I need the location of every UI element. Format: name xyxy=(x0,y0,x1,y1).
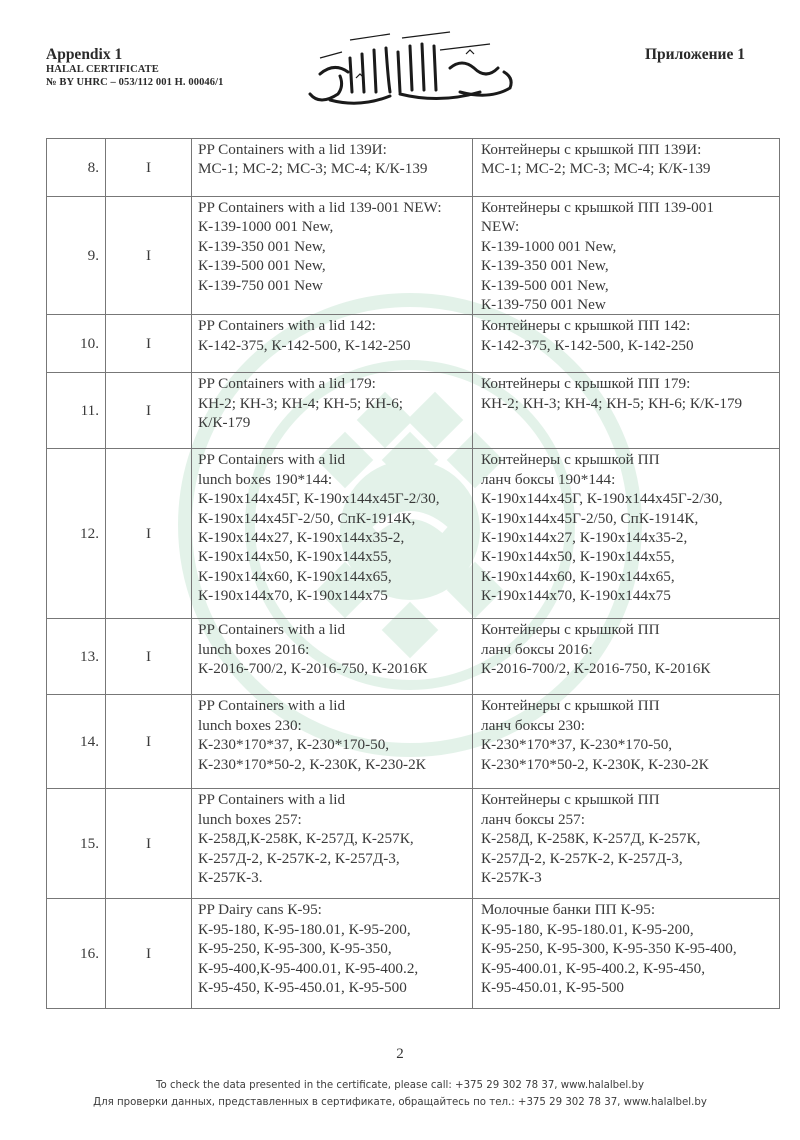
description-line: К-95-180, К-95-180.01, К-95-200, xyxy=(198,920,466,939)
description-line: PP Containers with a lid 139-001 NEW: xyxy=(198,198,466,217)
description-line: К-190х144х70, К-190х144х75 xyxy=(481,586,773,605)
description-line: К-230*170*37, К-230*170-50, xyxy=(481,735,773,754)
description-line: К-95-250, К-95-300, К-95-350, xyxy=(198,939,466,958)
description-line: ланч боксы 2016: xyxy=(481,640,773,659)
description-line: К-95-450.01, К-95-500 xyxy=(481,978,773,997)
description-line: К-95-180, К-95-180.01, К-95-200, xyxy=(481,920,773,939)
description-line: PP Containers with a lid xyxy=(198,696,466,715)
certificate-number: № BY UHRC – 053/112 001 H. 00046/1 xyxy=(46,76,224,89)
table-row: 9.IPP Containers with a lid 139-001 NEW:… xyxy=(47,197,780,315)
product-description-ru: Контейнеры с крышкой ПП 179:КН-2; КН-3; … xyxy=(473,373,780,449)
product-description-en: PP Containers with a lidlunch boxes 190*… xyxy=(192,449,473,619)
description-line: К-190х144х50, К-190х144х55, xyxy=(481,547,773,566)
description-line: К-2016-700/2, К-2016-750, К-2016К xyxy=(481,659,773,678)
row-number: 16. xyxy=(47,899,106,1009)
description-line: К-2016-700/2, К-2016-750, К-2016К xyxy=(198,659,466,678)
description-line: К-190х144х60, К-190х144х65, xyxy=(198,567,466,586)
product-description-ru: Контейнеры с крышкой ПП 139-001NEW:К-139… xyxy=(473,197,780,315)
description-line: К-95-400.01, К-95-400.2, К-95-450, xyxy=(481,959,773,978)
description-line: К-190х144х27, К-190х144х35-2, xyxy=(198,528,466,547)
row-number: 12. xyxy=(47,449,106,619)
description-line: Контейнеры с крышкой ПП 142: xyxy=(481,316,773,335)
description-line: Контейнеры с крышкой ПП xyxy=(481,450,773,469)
row-number: 13. xyxy=(47,619,106,695)
description-line: МС-1; МС-2; МС-3; МС-4; К/К-139 xyxy=(198,159,466,178)
product-description-en: PP Containers with a lid 179:КН-2; КН-3;… xyxy=(192,373,473,449)
row-category: I xyxy=(106,899,192,1009)
table-row: 8.IPP Containers with a lid 139И:МС-1; М… xyxy=(47,139,780,197)
footer-contact-en: To check the data presented in the certi… xyxy=(0,1077,800,1094)
description-line: lunch boxes 190*144: xyxy=(198,470,466,489)
description-line: К-95-400,К-95-400.01, К-95-400.2, xyxy=(198,959,466,978)
page-footer: To check the data presented in the certi… xyxy=(0,1077,800,1111)
product-table: 8.IPP Containers with a lid 139И:МС-1; М… xyxy=(46,138,780,1009)
row-number: 15. xyxy=(47,789,106,899)
description-line: К-257К-3. xyxy=(198,868,466,887)
description-line: Контейнеры с крышкой ПП 139-001 xyxy=(481,198,773,217)
description-line: К-190х144х45Г, К-190х144х45Г-2/30, xyxy=(481,489,773,508)
description-line: К-190х144х70, К-190х144х75 xyxy=(198,586,466,605)
description-line: МС-1; МС-2; МС-3; МС-4; К/К-139 xyxy=(481,159,773,178)
description-line: PP Containers with a lid xyxy=(198,790,466,809)
description-line: К-139-350 001 New, xyxy=(198,237,466,256)
description-line: КН-2; КН-3; КН-4; КН-5; КН-6; xyxy=(198,394,466,413)
description-line: К-257Д-2, К-257К-2, К-257Д-3, xyxy=(198,849,466,868)
row-number: 8. xyxy=(47,139,106,197)
table-row: 15.IPP Containers with a lidlunch boxes … xyxy=(47,789,780,899)
description-line: К-139-500 001 New, xyxy=(481,276,773,295)
product-description-ru: Контейнеры с крышкой ППланч боксы 190*14… xyxy=(473,449,780,619)
row-number: 14. xyxy=(47,695,106,789)
product-description-ru: Контейнеры с крышкой ПП 142:К-142-375, К… xyxy=(473,315,780,373)
description-line: К-230*170*50-2, К-230К, К-230-2К xyxy=(198,755,466,774)
description-line: К-142-375, К-142-500, К-142-250 xyxy=(198,336,466,355)
footer-contact-ru: Для проверки данных, представленных в се… xyxy=(0,1094,800,1111)
product-description-en: PP Containers with a lid 139И:МС-1; МС-2… xyxy=(192,139,473,197)
table-row: 10.IPP Containers with a lid 142:К-142-3… xyxy=(47,315,780,373)
description-line: Контейнеры с крышкой ПП 179: xyxy=(481,374,773,393)
description-line: lunch boxes 230: xyxy=(198,716,466,735)
description-line: К-257К-3 xyxy=(481,868,773,887)
row-category: I xyxy=(106,619,192,695)
description-line: К-230*170*37, К-230*170-50, xyxy=(198,735,466,754)
description-line: К-139-750 001 New xyxy=(198,276,466,295)
description-line: К-190х144х60, К-190х144х65, xyxy=(481,567,773,586)
product-description-en: PP Containers with a lidlunch boxes 257:… xyxy=(192,789,473,899)
row-category: I xyxy=(106,449,192,619)
description-line: ланч боксы 230: xyxy=(481,716,773,735)
description-line: PP Containers with a lid 179: xyxy=(198,374,466,393)
product-description-ru: Контейнеры с крышкой ППланч боксы 2016:К… xyxy=(473,619,780,695)
description-line: PP Containers with a lid xyxy=(198,450,466,469)
description-line: PP Containers with a lid 142: xyxy=(198,316,466,335)
row-number: 10. xyxy=(47,315,106,373)
product-description-ru: Контейнеры с крышкой ППланч боксы 257:К-… xyxy=(473,789,780,899)
description-line: lunch boxes 257: xyxy=(198,810,466,829)
certificate-label: HALAL CERTIFICATE xyxy=(46,63,224,76)
product-description-ru: Контейнеры с крышкой ПП 139И:МС-1; МС-2;… xyxy=(473,139,780,197)
description-line: К/К-179 xyxy=(198,413,466,432)
table-row: 13.IPP Containers with a lidlunch boxes … xyxy=(47,619,780,695)
description-line: Контейнеры с крышкой ПП 139И: xyxy=(481,140,773,159)
appendix-title-ru: Приложение 1 xyxy=(645,46,745,64)
description-line: Контейнеры с крышкой ПП xyxy=(481,696,773,715)
description-line: К-95-250, К-95-300, К-95-350 К-95-400, xyxy=(481,939,773,958)
description-line: PP Containers with a lid 139И: xyxy=(198,140,466,159)
product-description-ru: Контейнеры с крышкой ППланч боксы 230:К-… xyxy=(473,695,780,789)
description-line: К-139-500 001 New, xyxy=(198,256,466,275)
table-row: 14.IPP Containers with a lidlunch boxes … xyxy=(47,695,780,789)
row-category: I xyxy=(106,373,192,449)
description-line: Молочные банки ПП К-95: xyxy=(481,900,773,919)
description-line: PP Dairy cans К-95: xyxy=(198,900,466,919)
table-row: 12.IPP Containers with a lidlunch boxes … xyxy=(47,449,780,619)
description-line: К-190х144х50, К-190х144х55, xyxy=(198,547,466,566)
description-line: К-142-375, К-142-500, К-142-250 xyxy=(481,336,773,355)
product-description-en: PP Containers with a lidlunch boxes 230:… xyxy=(192,695,473,789)
table-row: 11.IPP Containers with a lid 179:КН-2; К… xyxy=(47,373,780,449)
description-line: К-258Д,К-258К, К-257Д, К-257К, xyxy=(198,829,466,848)
description-line: К-258Д, К-258К, К-257Д, К-257К, xyxy=(481,829,773,848)
description-line: К-190х144х45Г, К-190х144х45Г-2/30, xyxy=(198,489,466,508)
row-category: I xyxy=(106,139,192,197)
description-line: К-257Д-2, К-257К-2, К-257Д-3, xyxy=(481,849,773,868)
row-number: 11. xyxy=(47,373,106,449)
page-number: 2 xyxy=(0,1046,800,1063)
basmala-calligraphy-icon xyxy=(290,28,520,110)
product-description-ru: Молочные банки ПП К-95:К-95-180, К-95-18… xyxy=(473,899,780,1009)
table-row: 16.IPP Dairy cans К-95:К-95-180, К-95-18… xyxy=(47,899,780,1009)
description-line: NEW: xyxy=(481,217,773,236)
description-line: К-139-1000 001 New, xyxy=(198,217,466,236)
description-line: К-190х144х45Г-2/50, СпК-1914К, xyxy=(198,509,466,528)
row-category: I xyxy=(106,315,192,373)
description-line: К-139-1000 001 New, xyxy=(481,237,773,256)
description-line: Контейнеры с крышкой ПП xyxy=(481,620,773,639)
product-description-en: PP Containers with a lid 139-001 NEW:К-1… xyxy=(192,197,473,315)
product-description-en: PP Dairy cans К-95:К-95-180, К-95-180.01… xyxy=(192,899,473,1009)
row-number: 9. xyxy=(47,197,106,315)
row-category: I xyxy=(106,197,192,315)
row-category: I xyxy=(106,695,192,789)
description-line: К-139-350 001 New, xyxy=(481,256,773,275)
description-line: К-95-450, К-95-450.01, К-95-500 xyxy=(198,978,466,997)
description-line: К-190х144х27, К-190х144х35-2, xyxy=(481,528,773,547)
description-line: КН-2; КН-3; КН-4; КН-5; КН-6; К/К-179 xyxy=(481,394,773,413)
row-category: I xyxy=(106,789,192,899)
description-line: К-139-750 001 New xyxy=(481,295,773,314)
description-line: ланч боксы 190*144: xyxy=(481,470,773,489)
product-description-en: PP Containers with a lid 142:К-142-375, … xyxy=(192,315,473,373)
description-line: ланч боксы 257: xyxy=(481,810,773,829)
description-line: lunch boxes 2016: xyxy=(198,640,466,659)
description-line: К-230*170*50-2, К-230К, К-230-2К xyxy=(481,755,773,774)
document-header-left: Appendix 1 HALAL CERTIFICATE № BY UHRC –… xyxy=(46,46,224,89)
description-line: Контейнеры с крышкой ПП xyxy=(481,790,773,809)
appendix-title: Appendix 1 xyxy=(46,46,224,63)
description-line: К-190х144х45Г-2/50, СпК-1914К, xyxy=(481,509,773,528)
description-line: PP Containers with a lid xyxy=(198,620,466,639)
product-description-en: PP Containers with a lidlunch boxes 2016… xyxy=(192,619,473,695)
